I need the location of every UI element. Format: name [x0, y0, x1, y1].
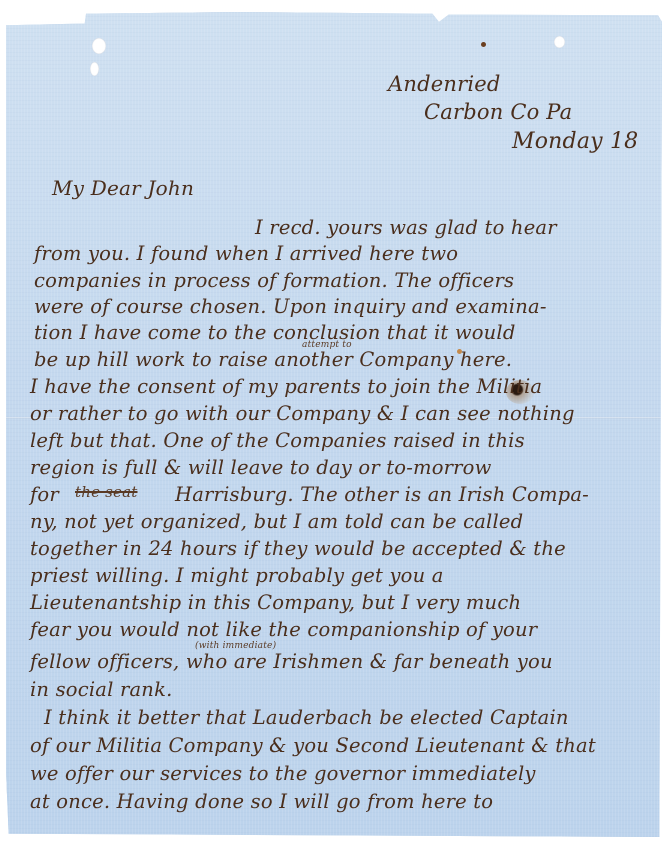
heading-date: Monday 18: [512, 131, 638, 153]
letter-line: together in 24 hours if they would be ac…: [30, 539, 566, 559]
letter-line: fear you would not like the companionshi…: [30, 620, 537, 640]
letter-line: be up hill work to raise another Company…: [34, 350, 512, 370]
heading-place: Andenried: [388, 74, 501, 95]
letter-line: region is full & will leave to day or to…: [30, 458, 492, 478]
letter-line: Harrisburg. The other is an Irish Compa-: [175, 485, 589, 505]
letter-line: I recd. yours was glad to hear: [255, 218, 557, 238]
letter-line: companies in process of formation. The o…: [34, 271, 514, 291]
letter-line: I have the consent of my parents to join…: [30, 377, 542, 397]
letter-line: from you. I found when I arrived here tw…: [34, 244, 458, 264]
letter-line: or rather to go with our Company & I can…: [30, 404, 575, 424]
letter-line: I think it better that Lauderbach be ele…: [44, 708, 569, 728]
salutation: My Dear John: [52, 178, 194, 198]
paper-hole: [554, 36, 565, 48]
letter-line: in social rank.: [30, 680, 172, 700]
struck-text: the seat: [75, 485, 137, 500]
letter-line: at once. Having done so I will go from h…: [30, 792, 493, 812]
letter-line: fellow officers, who are Irishmen & far …: [30, 652, 553, 672]
letter-line: Lieutenantship in this Company, but I ve…: [30, 593, 521, 613]
paper-hole: [90, 62, 99, 76]
letter-line: we offer our services to the governor im…: [30, 764, 536, 784]
letter-line: of our Militia Company & you Second Lieu…: [30, 736, 596, 756]
paper-hole: [92, 38, 106, 54]
letter-line: tion I have come to the conclusion that …: [34, 323, 516, 343]
letter-line: priest willing. I might probably get you…: [30, 566, 444, 586]
letter-line: were of course chosen. Upon inquiry and …: [34, 297, 547, 317]
letter-line: ny, not yet organized, but I am told can…: [30, 512, 523, 532]
letter-line: for: [30, 485, 59, 505]
letter-line: left but that. One of the Companies rais…: [30, 431, 525, 451]
heading-county: Carbon Co Pa: [424, 102, 572, 123]
ink-spot: [481, 42, 486, 47]
